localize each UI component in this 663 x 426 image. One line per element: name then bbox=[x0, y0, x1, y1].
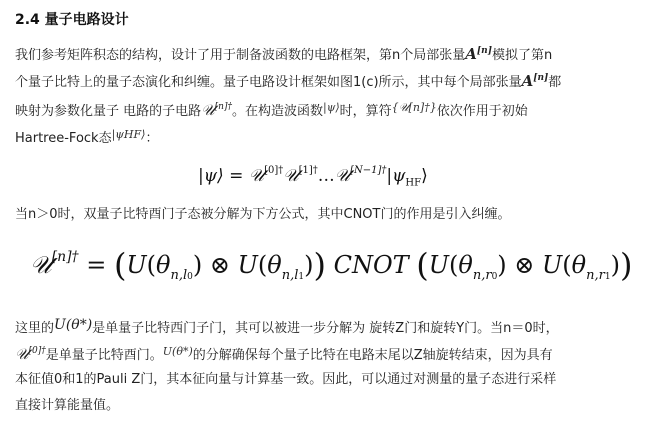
eq-sup1: [1]† bbox=[299, 165, 318, 176]
eq-u0: 𝒰 bbox=[249, 166, 264, 186]
eq-psi-sub: HF bbox=[405, 177, 421, 188]
text: 的分解确保每个量子比特在电路末尾以Z轴旋转结束，因为具有 bbox=[193, 348, 553, 363]
eq2-paren: ( bbox=[449, 251, 458, 279]
hf-ket: |ψHF⟩ bbox=[112, 128, 146, 141]
text: Hartree-Fock态 bbox=[15, 131, 112, 146]
paragraph-2: 当n＞0时，双量子比特酉门子态被分解为下方公式，其中CNOT门的作用是引入纠缠。 bbox=[15, 207, 511, 223]
eq-uN: 𝒰 bbox=[335, 166, 350, 186]
paragraph-3-line-3: 本征值0和1的Pauli Z门，其本征向量与计算基一致。因此，可以通过对测量的量… bbox=[15, 372, 556, 388]
section-heading: 2.4 量子电路设计 bbox=[15, 9, 129, 29]
tensor-symbol: A bbox=[522, 72, 534, 90]
eq-lhs: |ψ⟩ bbox=[198, 166, 224, 186]
eq2-U: U bbox=[542, 251, 562, 279]
eq-u1: 𝒰 bbox=[283, 166, 298, 186]
paragraph-1-line-1: 我们参考矩阵积态的结构，设计了用于制备波函数的电路框架，第n个局部张量A[n]模… bbox=[15, 46, 552, 64]
text: 这里的 bbox=[15, 321, 54, 336]
text: 个量子比特上的量子态演化和纠缠。量子电路设计框架如图1(c)所示，其中每个局部张… bbox=[15, 75, 522, 90]
subcircuit-superscript: [0]† bbox=[29, 346, 46, 356]
eq2-sub: n,r bbox=[473, 268, 492, 283]
eq2-paren: ( bbox=[562, 251, 571, 279]
eq2-otimes: ⊗ bbox=[507, 251, 542, 279]
eq2-sub: n,r bbox=[586, 268, 605, 283]
eq2-paren: ) bbox=[313, 246, 325, 284]
text: ： bbox=[145, 131, 158, 146]
text: 是单量子比特西门子门，其可以被进一步分解为 旋转Z门和旋转Y门。当n＝0时， bbox=[92, 321, 559, 336]
eq2-U: U bbox=[238, 251, 258, 279]
eq2-cnot: CNOT bbox=[326, 251, 416, 279]
text: 。在构造波函数 bbox=[232, 104, 323, 119]
single-qubit-gate-symbol: U(θ*) bbox=[54, 317, 92, 333]
tensor-symbol: A bbox=[465, 45, 477, 63]
single-qubit-gate-symbol: U(θ*) bbox=[163, 345, 193, 358]
eq2-otimes: ⊗ bbox=[202, 251, 237, 279]
eq2-paren: ( bbox=[258, 251, 267, 279]
tensor-superscript: [n] bbox=[477, 46, 492, 56]
eq-dots: … bbox=[318, 166, 335, 186]
subcircuit-superscript: [n]† bbox=[215, 102, 232, 112]
eq-psi: |ψ bbox=[386, 166, 405, 186]
text: 依次作用于初始 bbox=[437, 104, 528, 119]
paragraph-3-line-2: 𝒰[0]†是单量子比特酉门。U(θ*)的分解确保每个量子比特在电路末尾以Z轴旋转… bbox=[15, 344, 553, 364]
eq-psi-close: ⟩ bbox=[421, 166, 428, 186]
paragraph-3-line-1: 这里的U(θ*)是单量子比特西门子门，其可以被进一步分解为 旋转Z门和旋转Y门。… bbox=[15, 317, 559, 337]
paragraph-3-line-4: 直接计算能量值。 bbox=[15, 398, 119, 414]
equation-wavefunction: |ψ⟩ = 𝒰[0]†𝒰[1]†…𝒰[N−1]†|ψHF⟩ bbox=[198, 166, 428, 188]
paragraph-1-line-4: Hartree-Fock态|ψHF⟩： bbox=[15, 127, 158, 147]
equation-two-qubit-decomposition: 𝒰[n]† = (U(θn,l0) ⊗ U(θn,l1)) CNOT (U(θn… bbox=[30, 246, 632, 284]
psi-ket: |ψ⟩ bbox=[323, 101, 340, 114]
subcircuit-symbol: 𝒰 bbox=[201, 101, 215, 119]
eq2-theta: θ bbox=[267, 251, 281, 279]
operator-set: {𝒰[n]†} bbox=[392, 101, 437, 114]
eq-equals: = bbox=[224, 166, 249, 186]
eq2-theta: θ bbox=[572, 251, 586, 279]
paragraph-1-line-3: 映射为参数化量子 电路的子电路𝒰[n]†。在构造波函数|ψ⟩时，算符{𝒰[n]†… bbox=[15, 100, 528, 120]
eq2-equals: = bbox=[79, 251, 114, 279]
eq2-paren: ) bbox=[620, 246, 632, 284]
eq2-sub: n,l bbox=[282, 268, 299, 283]
paragraph-1-line-2: 个量子比特上的量子态演化和纠缠。量子电路设计框架如图1(c)所示，其中每个局部张… bbox=[15, 73, 561, 91]
eq2-paren: ) bbox=[193, 251, 202, 279]
subcircuit-symbol: 𝒰 bbox=[15, 345, 29, 363]
eq2-U: U bbox=[126, 251, 146, 279]
text: 是单量子比特酉门。 bbox=[46, 348, 163, 363]
tensor-superscript: [n] bbox=[533, 73, 548, 83]
text: 都 bbox=[548, 75, 561, 90]
text: 模拟了第n bbox=[492, 48, 552, 63]
eq2-paren: ( bbox=[147, 251, 156, 279]
text: 映射为参数化量子 电路的子电路 bbox=[15, 104, 201, 119]
eq2-paren: ( bbox=[416, 246, 428, 284]
eq2-theta: θ bbox=[156, 251, 170, 279]
eq2-sub: n,l bbox=[170, 268, 187, 283]
eq2-paren: ) bbox=[497, 251, 506, 279]
text: 我们参考矩阵积态的结构，设计了用于制备波函数的电路框架，第n个局部张量 bbox=[15, 48, 465, 63]
eq-supN: [N−1]† bbox=[350, 165, 386, 176]
eq2-U: U bbox=[429, 251, 449, 279]
text: 时，算符 bbox=[340, 104, 392, 119]
eq2-paren: ) bbox=[611, 251, 620, 279]
eq2-lhs-sup: [n]† bbox=[52, 249, 79, 265]
eq2-lhs: 𝒰 bbox=[30, 251, 52, 279]
eq-sup0: [0]† bbox=[264, 165, 283, 176]
eq2-theta: θ bbox=[458, 251, 472, 279]
eq2-paren: ( bbox=[114, 246, 126, 284]
